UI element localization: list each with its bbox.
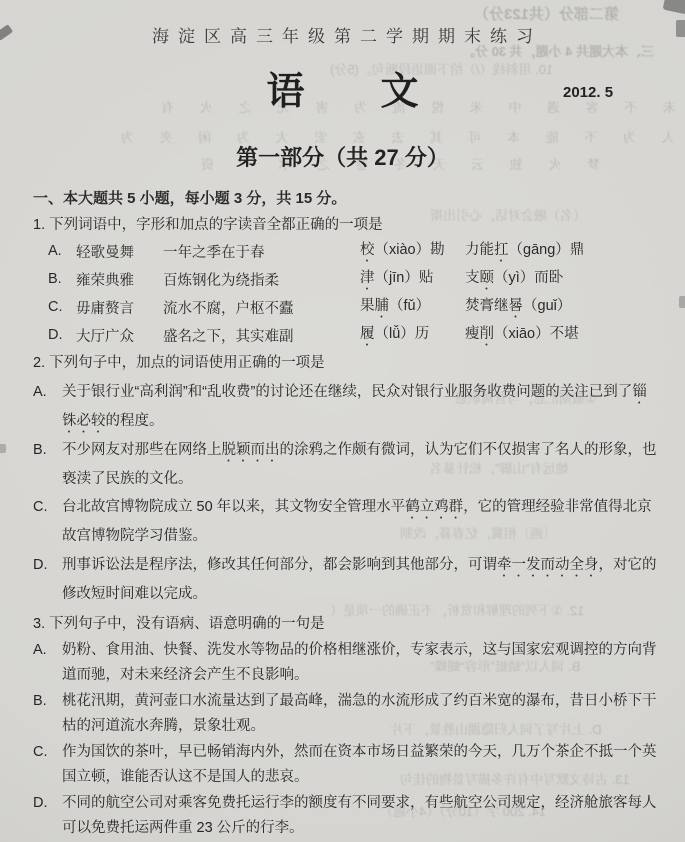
plain-text: （yì）而卧 bbox=[494, 270, 563, 286]
dotted-idiom: 牵一发而动全身 bbox=[497, 557, 599, 573]
dotted-char: 削 bbox=[480, 326, 495, 342]
scan-smudge bbox=[663, 0, 685, 14]
dotted-char: 颐 bbox=[480, 270, 495, 286]
q1-option-c: C. 毋庸赘言 流水不腐，户枢不蠹 果脯（fǔ） 焚膏继晷（guǐ） bbox=[48, 293, 648, 321]
option-label: A. bbox=[48, 243, 76, 259]
q1-word: 轻歌曼舞 bbox=[76, 241, 163, 262]
plain-text: （lǚ）历 bbox=[375, 326, 430, 342]
option-label: A. bbox=[33, 638, 47, 664]
exam-date: 2012. 5 bbox=[563, 84, 613, 101]
q2-option-d: D. 刑事诉讼法是程序法，修改其任何部分，都会影响到其他部分，可谓牵一发而动全身… bbox=[33, 551, 657, 609]
question-2: 2. 下列句子中，加点的词语使用正确的一项是 A. 关于银行业“高利润”和“乱收… bbox=[33, 349, 657, 608]
dotted-idiom: 鹤立鸡群 bbox=[405, 499, 463, 515]
plain-text: 果 bbox=[360, 298, 375, 314]
q1-pinyin-item: 支颐（yì）而卧 bbox=[465, 266, 648, 293]
option-text: 刑事诉讼法是程序法，修改其任何部分，都会影响到其他部分，可谓 bbox=[62, 557, 497, 573]
q1-option-b: B. 雍荣典雅 百炼钢化为绕指柔 津（jīn）贴 支颐（yì）而卧 bbox=[48, 265, 648, 293]
question-3: 3. 下列句子中，没有语病、语意明确的一句是 A. 奶粉、食用油、快餐、洗发水等… bbox=[33, 612, 657, 842]
q1-pinyin-item: 校（xiào）勘 bbox=[360, 238, 465, 265]
plain-text: （fǔ） bbox=[389, 298, 430, 314]
question-2-stem: 2. 下列句子中，加点的词语使用正确的一项是 bbox=[33, 349, 657, 378]
q1-phrase: 流水不腐，户枢不蠹 bbox=[163, 297, 360, 318]
q2-option-a: A. 关于银行业“高利润”和“乱收费”的讨论还在继续，民众对银行业服务收费问题的… bbox=[33, 378, 657, 436]
q1-word: 毋庸赘言 bbox=[76, 297, 163, 318]
scan-smudge bbox=[679, 296, 685, 308]
plain-text: 力能 bbox=[465, 242, 494, 258]
part-one-title: 第一部分（共 27 分） bbox=[0, 141, 685, 172]
option-text: 的程度。 bbox=[106, 413, 164, 429]
question-1-options: A. 轻歌曼舞 一年之季在于春 校（xiào）勘 力能扛（gāng）鼎 B. 雍… bbox=[48, 237, 648, 349]
q1-word: 大厅广众 bbox=[76, 325, 163, 346]
plain-text: （xiāo）不堪 bbox=[494, 326, 579, 342]
option-label: D. bbox=[33, 551, 48, 580]
q2-option-b: B. 不少网友对那些在网络上脱颖而出的涂鸦之作颇有微词，认为它们不仅损害了名人的… bbox=[33, 436, 657, 494]
dotted-char: 校 bbox=[360, 242, 375, 258]
question-1-stem: 1. 下列词语中，字形和加点的字读音全都正确的一项是 bbox=[33, 213, 383, 234]
option-label: D. bbox=[48, 327, 76, 343]
q1-phrase: 百炼钢化为绕指柔 bbox=[163, 269, 360, 290]
plain-text: （guǐ） bbox=[523, 298, 571, 314]
option-text: 作为国饮的茶叶，早已畅销海内外，然而在资本市场日益繁荣的今天，几万个茶企不抵一个… bbox=[62, 744, 657, 786]
q3-option-b: B. 桃花汛期，黄河壶口水流量达到了最高峰，湍急的水流形成了约百米宽的瀑布，昔日… bbox=[33, 689, 657, 740]
option-label: A. bbox=[33, 378, 47, 407]
option-text: 关于银行业“高利润”和“乱收费”的讨论还在继续，民众对银行业服务收费问题的关注已… bbox=[62, 384, 632, 400]
q1-phrase: 盛名之下，其实难副 bbox=[163, 325, 360, 346]
option-label: C. bbox=[48, 299, 76, 315]
dotted-char: 履 bbox=[360, 326, 375, 342]
option-text: 奶粉、食用油、快餐、洗发水等物品的价格相继涨价，专家表示，这与国家宏观调控的方向… bbox=[62, 642, 657, 684]
question-3-stem: 3. 下列句子中，没有语病、语意明确的一句是 bbox=[33, 612, 657, 638]
dotted-char: 脯 bbox=[375, 298, 390, 314]
scan-smudge bbox=[0, 444, 6, 453]
plain-text: 支 bbox=[465, 270, 480, 286]
q3-option-a: A. 奶粉、食用油、快餐、洗发水等物品的价格相继涨价，专家表示，这与国家宏观调控… bbox=[33, 638, 657, 689]
option-text: 不同的航空公司对乘客免费托运行李的额度有不同要求，有些航空公司规定，经济舱旅客每… bbox=[62, 795, 657, 837]
q3-option-d: D. 不同的航空公司对乘客免费托运行李的额度有不同要求，有些航空公司规定，经济舱… bbox=[33, 791, 657, 842]
q1-pinyin-item: 焚膏继晷（guǐ） bbox=[465, 294, 648, 321]
option-label: B. bbox=[33, 689, 47, 715]
dotted-char: 津 bbox=[360, 270, 375, 286]
option-label: B. bbox=[48, 271, 76, 287]
bleed-through-text: （名）融会对话，心引出斯 bbox=[430, 205, 586, 224]
q2-option-c: C. 台北故宫博物院成立 50 年以来，其文物安全管理水平鹤立鸡群，它的管理经验… bbox=[33, 493, 657, 551]
plain-text: 焚膏继 bbox=[465, 298, 509, 314]
scanned-exam-page: 第二部分（共123分） 三、本大题共 4 小题，共 30 分。 10. 用斜线（… bbox=[0, 0, 685, 842]
q1-pinyin-item: 力能扛（gāng）鼎 bbox=[465, 238, 648, 265]
option-label: B. bbox=[33, 436, 47, 465]
q1-pinyin-item: 果脯（fǔ） bbox=[360, 294, 465, 321]
q3-option-c: C. 作为国饮的茶叶，早已畅销海内外，然而在资本市场日益繁荣的今天，几万个茶企不… bbox=[33, 740, 657, 791]
plain-text: （xiào）勘 bbox=[375, 242, 445, 258]
plain-text: （jīn）贴 bbox=[375, 270, 434, 286]
plain-text: （gāng）鼎 bbox=[509, 242, 585, 258]
option-text: 桃花汛期，黄河壶口水流量达到了最高峰，湍急的水流形成了约百米宽的瀑布，昔日小桥下… bbox=[62, 693, 657, 735]
option-text: 不少网友对那些在网络上 bbox=[62, 442, 222, 458]
plain-text: 瘦 bbox=[465, 326, 480, 342]
q1-pinyin-item: 履（lǚ）历 bbox=[360, 322, 465, 349]
dotted-char: 晷 bbox=[509, 298, 524, 314]
option-label: C. bbox=[33, 740, 48, 766]
dotted-char: 扛 bbox=[494, 242, 509, 258]
q1-word: 雍荣典雅 bbox=[76, 269, 163, 290]
option-label: C. bbox=[33, 493, 48, 522]
dotted-idiom: 脱颖而出 bbox=[222, 442, 280, 458]
option-text: 台北故宫博物院成立 50 年以来，其文物安全管理水平 bbox=[62, 499, 405, 515]
q1-pinyin-item: 瘦削（xiāo）不堪 bbox=[465, 322, 648, 349]
section-one-intro: 一、本大题共 5 小题，每小题 3 分，共 15 分。 bbox=[33, 187, 346, 208]
q1-option-a: A. 轻歌曼舞 一年之季在于春 校（xiào）勘 力能扛（gāng）鼎 bbox=[48, 237, 648, 265]
exam-title: 海淀区高三年级第二学期期末练习 bbox=[0, 22, 685, 47]
bleed-through-text: 第二部分（共123分） bbox=[474, 3, 619, 24]
option-label: D. bbox=[33, 791, 48, 817]
q1-phrase: 一年之季在于春 bbox=[163, 241, 360, 262]
q1-pinyin-item: 津（jīn）贴 bbox=[360, 266, 465, 293]
q1-option-d: D. 大厅广众 盛名之下，其实难副 履（lǚ）历 瘦削（xiāo）不堪 bbox=[48, 321, 648, 349]
